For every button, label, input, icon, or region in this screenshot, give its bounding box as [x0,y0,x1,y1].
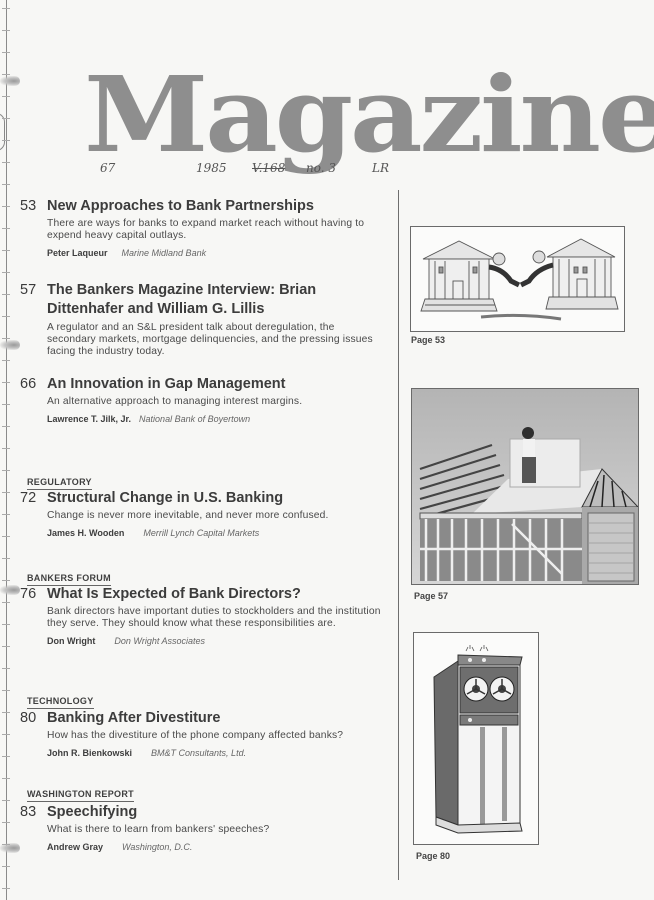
article-description: An alternative approach to managing inte… [47,396,390,408]
binding-tick [2,184,10,185]
article-description: Bank directors have important duties to … [47,606,392,630]
binding-tick [2,250,10,251]
binding-tick [2,536,10,537]
department-label: REGULATORY [27,477,92,490]
binding-tick [2,690,10,691]
author: James H. Wooden [47,528,124,539]
page-number: 76 [20,586,47,602]
binding-tick [2,52,10,53]
masthead-title: Magazine [84,60,646,170]
binding-tick [2,206,10,207]
note-initials: LR [372,161,389,175]
binding-tick [2,668,10,669]
note-year: 1985 [196,161,227,175]
toc-entry[interactable]: 57 The Bankers Magazine Interview: Brian… [20,281,390,358]
page-number: 66 [20,376,47,392]
column-divider [398,190,399,880]
binding-tick [2,602,10,603]
article-title[interactable]: Speechifying [47,804,137,821]
binding-tick [2,712,10,713]
article-title[interactable]: Banking After Divestiture [47,710,221,727]
page-number: 80 [20,710,47,726]
article-title[interactable]: What Is Expected of Bank Directors? [47,586,301,603]
toc-entry[interactable]: 66 An Innovation in Gap Management An al… [20,376,390,425]
tape-drive-computer-illustration-icon [414,633,538,844]
figure-bank-partnership-illustration [410,226,625,332]
affiliation: Merrill Lynch Capital Markets [143,528,259,539]
binding-tick [2,140,10,141]
figure-caption: Page 53 [411,335,445,345]
bank-buildings-illustration-icon [411,227,624,331]
binding-tick [2,646,10,647]
binding-tick [2,778,10,779]
toc-entry[interactable]: 72 Structural Change in U.S. Banking Cha… [20,490,390,539]
binding-tick [2,30,10,31]
binding-tick [2,404,10,405]
binding-tick [2,228,10,229]
binding-tick [2,734,10,735]
note-volume: V.168 [252,161,285,175]
house-construction-photo-icon [412,389,638,584]
page-number: 72 [20,490,47,506]
page-number: 53 [20,198,47,214]
author: John R. Bienkowski [47,748,132,759]
toc-entry[interactable]: 83 Speechifying What is there to learn f… [20,804,390,853]
author: Peter Laqueur [47,248,108,259]
binding-tick [2,8,10,9]
binding-hole [0,585,20,595]
toc-entry[interactable]: 76 What Is Expected of Bank Directors? B… [20,586,390,647]
article-title[interactable]: New Approaches to Bank Partnerships [47,198,314,215]
binding-tick [2,316,10,317]
binding-edge [6,0,7,900]
figure-computer-cabinet-illustration [413,632,539,845]
binding-tick [2,360,10,361]
binding-tick [2,558,10,559]
page-number: 57 [20,282,47,298]
binding-tick [2,888,10,889]
figure-caption: Page 57 [414,591,448,601]
binding-tick [2,580,10,581]
binding-tick [2,272,10,273]
affiliation: BM&T Consultants, Ltd. [151,748,246,759]
article-description: What is there to learn from bankers' spe… [47,824,390,836]
magazine-contents-page: Magazine 67 1985 V.168 no. 3 LR 53 New A… [0,0,654,900]
binding-tick [2,624,10,625]
author: Don Wright [47,636,95,647]
affiliation: Washington, D.C. [122,842,192,853]
binding-hole [0,340,20,350]
handwritten-notes: 67 1985 V.168 no. 3 LR [0,161,654,181]
affiliation: Don Wright Associates [114,636,205,647]
binding-tick [2,492,10,493]
article-title[interactable]: Structural Change in U.S. Banking [47,490,283,507]
article-title[interactable]: The Bankers Magazine Interview: Brian Di… [47,281,390,319]
figure-house-construction-photo [411,388,639,585]
figure-caption: Page 80 [416,851,450,861]
affiliation: Marine Midland Bank [122,248,207,259]
article-description: How has the divestiture of the phone com… [47,730,390,742]
binding-tick [2,74,10,75]
note-number: no. 3 [306,161,336,175]
binding-tick [2,470,10,471]
department-label: TECHNOLOGY [27,696,94,709]
department-label: WASHINGTON REPORT [27,789,134,802]
binding-tick [2,822,10,823]
article-description: There are ways for banks to expand marke… [47,218,390,242]
article-description: A regulator and an S&L president talk ab… [47,322,377,358]
binding-tick [2,844,10,845]
toc-entry[interactable]: 80 Banking After Divestiture How has the… [20,710,390,759]
author: Andrew Gray [47,842,103,853]
article-description: Change is never more inevitable, and nev… [47,510,390,522]
binding-tick [2,514,10,515]
binding-tick [2,338,10,339]
note-volume-ref: 67 [100,161,115,175]
toc-entry[interactable]: 53 New Approaches to Bank Partnerships T… [20,198,390,259]
author: Lawrence T. Jilk, Jr. [47,414,131,425]
affiliation: National Bank of Boyertown [139,414,250,425]
department-label: BANKERS FORUM [27,573,111,586]
binding-tick [2,866,10,867]
binding-tick [2,800,10,801]
binding-hole [0,76,20,86]
binding-tick [2,448,10,449]
binding-tick [2,294,10,295]
binding-tick [2,426,10,427]
page-number: 83 [20,804,47,820]
binding-tick [2,96,10,97]
binding-tick [2,118,10,119]
binding-tick [2,756,10,757]
binding-tick [2,382,10,383]
article-title[interactable]: An Innovation in Gap Management [47,376,285,393]
